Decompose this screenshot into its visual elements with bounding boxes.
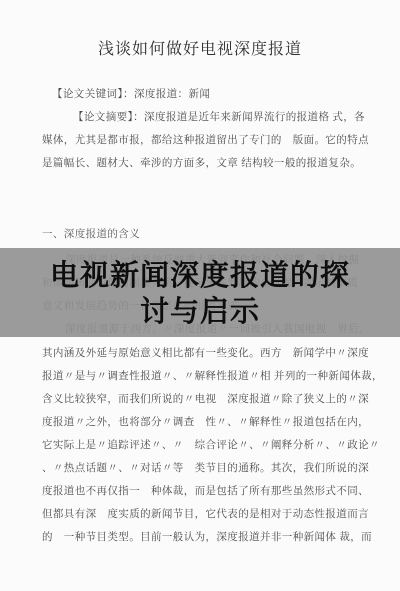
text-line: 报道〃是与〃调查性报道〃、〃解释性报道〃相 并列的一种新闻体裁，	[42, 368, 383, 383]
text-line: 它实际上是〃追踪评述〃、〃 综合评论〃、〃阐释分析〃、〃政论〃	[42, 437, 380, 452]
text-line: 度报道〃之外，也将部分〃调查 性〃、〃解释性〃报道包括在内，	[42, 414, 369, 429]
document-page: 浅谈如何做好电视深度报道 【论文关键词】：深度报道：新闻【论文摘要】：深度报道是…	[0, 0, 400, 591]
overlay-title-line2: 讨与启示	[140, 293, 260, 329]
text-line: 其内涵及外延与原始意义相比都有一些变化。西方 新闻学中〃深度	[42, 345, 369, 360]
text-line: 但都具有深 度实质的新闻节目，它代表的是相对于动态性报道而言	[42, 506, 369, 521]
section-heading: 一、深度报道的含义	[42, 226, 140, 241]
overlay-title-line1: 电视新闻深度报道的探	[50, 257, 350, 293]
text-line: 是篇幅长、题材大、牵涉的方面多，文章 结构较一般的报道复杂。	[42, 155, 361, 170]
document-title: 浅谈如何做好电视深度报道	[0, 36, 400, 59]
text-line: 、〃热点话题〃、〃对话〃等 类节目的通称。其次，我们所说的深	[42, 460, 369, 475]
text-line: 媒体，尤其是都市报，都给这种报道留出了专门的 版面。它的特点	[42, 132, 369, 147]
text-line: 度报道也不再仅指一 种体裁，而是包括了所有那些虽然形式不同、	[42, 483, 369, 498]
watermark-overlay: 电视新闻深度报道的探 讨与启示	[0, 248, 400, 337]
text-line: 【论文摘要】：深度报道是近年来新闻界流行的报道格 式，各	[73, 109, 365, 124]
text-line: 的 一种节目类型。目前一般认为，深度报道并非一种新闻体 裁，而	[42, 529, 372, 544]
text-line: 【论文关键词】：深度报道：新闻	[52, 86, 210, 101]
text-line: 含义比较狭窄，而我们所说的〃电视 深度报道〃除了狭义上的〃深	[42, 391, 369, 406]
